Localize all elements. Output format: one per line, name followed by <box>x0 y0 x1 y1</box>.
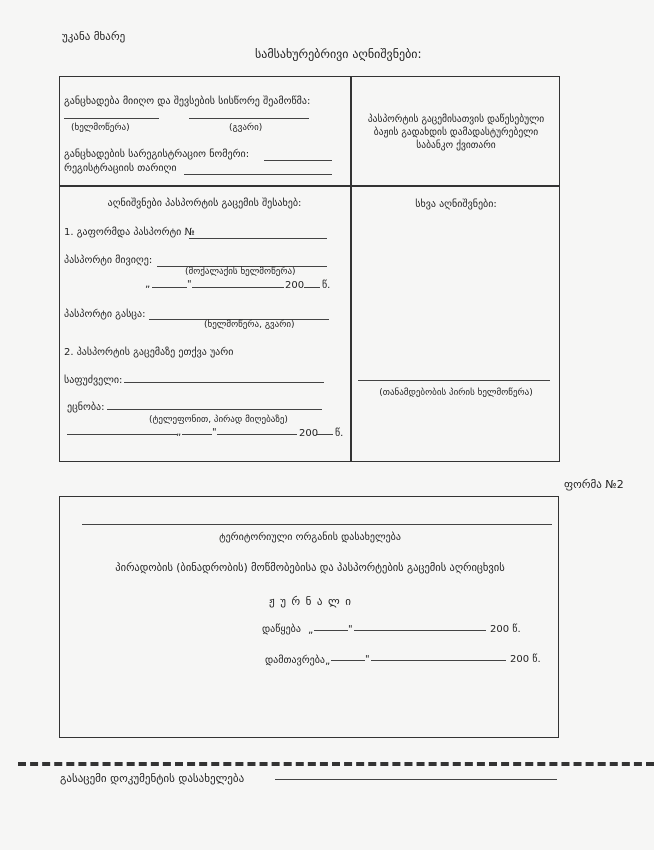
basis-label: საფუძველი: <box>64 375 122 386</box>
month-field[interactable] <box>192 287 284 288</box>
org-name-field[interactable] <box>82 524 552 525</box>
passport-number-field[interactable] <box>189 238 327 239</box>
end-label: დამთავრება <box>265 655 325 666</box>
date-quote-close: " <box>187 279 192 290</box>
registry-title: პირადობის (ბინადრობის) მოწმობებისა და პა… <box>60 562 560 574</box>
journal-cover-box: ტერიტორიული ორგანის დასახელება პირადობის… <box>59 496 559 738</box>
official-signature-caption: (თანამდებობის პირის ხელმოწერა) <box>352 388 560 398</box>
notified-label: ეცნობა: <box>67 402 105 413</box>
signature-line[interactable] <box>64 118 159 119</box>
refusal-quote-close: " <box>212 427 217 438</box>
side-label: უკანა მხარე <box>62 30 125 43</box>
refusal-day-field[interactable] <box>182 434 212 435</box>
start-year-label: 200 წ. <box>490 624 521 635</box>
receipt-box: განცხადება მიიღო და შევსების სისწორე შეა… <box>59 76 350 185</box>
org-name-caption: ტერიტორიული ორგანის დასახელება <box>60 532 560 543</box>
start-quote-open: „ <box>308 625 313 636</box>
other-notes-heading: სხვა აღნიშვნები: <box>352 199 560 210</box>
form-number-label: ფორმა №2 <box>564 478 624 491</box>
page-title: სამსახურებრივი აღნიშვნები: <box>255 47 422 61</box>
journal-title: ჟ უ რ ნ ა ლ ი <box>269 595 352 608</box>
reg-date-label: რეგისტრაციის თარიღი <box>64 163 177 174</box>
end-month-field[interactable] <box>371 660 506 661</box>
refusal-quote-open: „ <box>176 427 181 438</box>
refusal-year-field[interactable] <box>317 434 333 435</box>
end-quote-open: „ <box>325 656 330 667</box>
citizen-signature-caption: (მოქალაქის ხელმოწერა) <box>185 267 296 277</box>
refusal-year-prefix: 200 <box>299 428 318 439</box>
start-label: დაწყება <box>262 624 301 635</box>
other-notes-box: სხვა აღნიშვნები: (თანამდებობის პირის ხელ… <box>352 187 560 462</box>
received-checked-label: განცხადება მიიღო და შევსების სისწორე შეა… <box>64 96 310 107</box>
surname-line[interactable] <box>189 118 309 119</box>
start-month-field[interactable] <box>354 630 486 631</box>
document-name-label: გასაცემი დოკუმენტის დასახელება <box>60 772 244 785</box>
refused-label: 2. პასპორტის გაცემაზე ეთქვა უარი <box>64 347 233 358</box>
end-quote-close: " <box>365 654 370 665</box>
issued-label: პასპორტი გასცა: <box>64 309 145 320</box>
payment-text-line3: საბანკო ქვითარი <box>352 139 560 152</box>
passport-number-label: 1. გაფორმდა პასპორტი № <box>64 227 195 238</box>
surname-caption: (გვარი) <box>229 123 262 133</box>
payment-receipt-box: პასპორტის გაცემისათვის დაწესებული ბაჟის … <box>352 76 560 185</box>
issue-notes-heading: აღნიშვნები პასპორტის გაცემის შესახებ: <box>59 198 350 209</box>
reg-date-field[interactable] <box>184 174 332 175</box>
refusal-date-line[interactable] <box>67 434 177 435</box>
basis-field[interactable] <box>124 382 324 383</box>
year-suffix: წ. <box>322 280 330 291</box>
refusal-month-field[interactable] <box>217 434 297 435</box>
payment-text-line1: პასპორტის გაცემისათვის დაწესებული <box>352 113 560 126</box>
year-field[interactable] <box>304 287 320 288</box>
issue-notes-box: აღნიშვნები პასპორტის გაცემის შესახებ: 1.… <box>59 187 350 462</box>
issuer-caption: (ხელმოწერა, გვარი) <box>204 320 295 330</box>
signature-caption: (ხელმოწერა) <box>71 123 130 133</box>
day-field[interactable] <box>152 287 187 288</box>
cut-line <box>18 762 654 766</box>
reg-number-field[interactable] <box>264 160 332 161</box>
year-prefix: 200 <box>285 280 304 291</box>
end-year-label: 200 წ. <box>510 654 541 665</box>
start-day-field[interactable] <box>314 630 348 631</box>
payment-text-line2: ბაჟის გადახდის დამადასტურებელი <box>352 126 560 139</box>
end-day-field[interactable] <box>331 660 365 661</box>
reg-number-label: განცხადების სარეგისტრაციო ნომერი: <box>64 149 249 160</box>
start-quote-close: " <box>348 624 353 635</box>
notified-caption: (ტელეფონით, პირად მიღებაზე) <box>149 415 288 425</box>
refusal-year-suffix: წ. <box>335 428 343 439</box>
official-signature-line[interactable] <box>358 380 550 381</box>
document-name-field[interactable] <box>275 779 557 780</box>
received-label: პასპორტი მივიღე: <box>64 255 152 266</box>
date-quote-open: „ <box>145 279 150 290</box>
notified-field[interactable] <box>107 409 322 410</box>
